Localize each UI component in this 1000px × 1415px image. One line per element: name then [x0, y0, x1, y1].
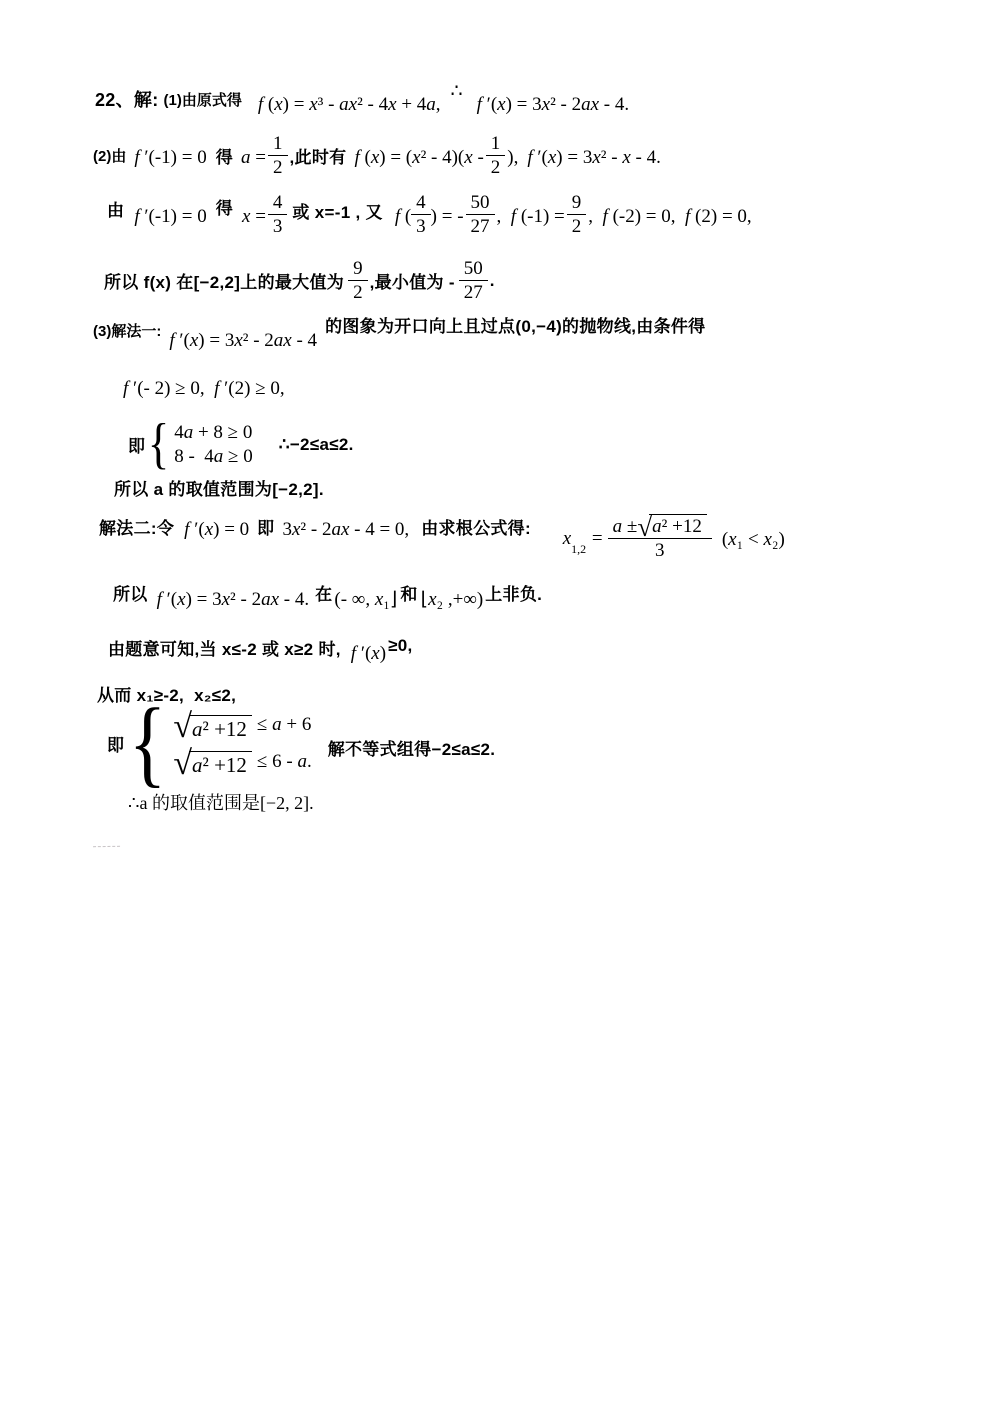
- math-run: ⌊x₂ ,+∞): [421, 588, 484, 611]
- text-run: 所以 f(x) 在[−2,2]上的最大值为: [104, 268, 344, 293]
- text-run: 或 x=-1 , 又: [292, 198, 382, 223]
- fraction-numerator: 1: [268, 133, 288, 156]
- conclusion-run: 解不等式组得−2≤a≤2.: [328, 735, 496, 760]
- math-run: 8 - 4a ≥ 0: [174, 445, 253, 469]
- math-run: , f (-2) = 0, f (2) = 0,: [588, 206, 751, 228]
- math-run: f ′(x) = 3x² - 2ax - 4.: [477, 94, 629, 116]
- fraction: 4 3: [268, 192, 288, 238]
- fraction-numerator: a ± √ a² +12: [608, 514, 712, 539]
- text-run: 由: [107, 196, 124, 221]
- solution-line-6: f ′(- 2) ≥ 0, f ′(2) ≥ 0,: [123, 378, 285, 400]
- system-row: √ a² +12 ≤ 6 - a.: [173, 748, 311, 777]
- scan-smudge-artifact: [93, 841, 120, 847]
- text-run: 上非负.: [485, 580, 542, 605]
- fraction-denominator: 2: [572, 215, 582, 237]
- text-run: 的图象为开口向上且过点(0,−4)的抛物线,由条件得: [325, 312, 705, 337]
- fraction-denominator: 2: [353, 281, 363, 303]
- fraction-denominator: 3: [273, 215, 283, 237]
- inequality-system: √ a² +12 ≤ a + 6 √ a² +12 ≤ 6 - a.: [173, 711, 311, 777]
- math-run: , f (-1) =: [497, 206, 565, 228]
- text-run: 所以: [113, 580, 148, 605]
- radical-symbol: √: [173, 750, 192, 779]
- problem-number: 22、解:: [95, 86, 159, 112]
- radicand: a² +12: [649, 514, 707, 537]
- solution-line-1: 22、解: (1)由原式得 f (x) = x³ - ax² - 4x + 4a…: [95, 86, 629, 112]
- text-run: 即: [128, 432, 145, 457]
- system-brace: {: [129, 702, 167, 785]
- math-run: f (x) = (x² - 4)(x -: [354, 147, 483, 169]
- subscript: 1,2: [571, 542, 586, 556]
- solution-line-14: ∴a 的取值范围是[−2, 2].: [128, 789, 314, 815]
- solution-line-10: 所以 f ′(x) = 3x² - 2ax - 4. 在 (- ∞, x₁⌋ 和…: [113, 585, 542, 610]
- solution-line-2: (2)由 f ′(-1) = 0 得 a = 1 2 ,此时有 f (x) = …: [93, 133, 661, 179]
- math-run: f ′(-1) = 0: [134, 206, 206, 228]
- radicand: a² +12: [189, 751, 252, 776]
- square-root: √ a² +12: [637, 514, 707, 537]
- roots-expression: x1,2 =: [545, 510, 603, 570]
- math-run: f ′(x) = 3x² - x - 4.: [527, 147, 660, 169]
- math-run: f ′(x) = 3x² - 2ax - 4.: [157, 589, 309, 611]
- fraction: 50 27: [459, 258, 488, 304]
- math-run: 3x² - 2ax - 4 = 0,: [282, 519, 409, 541]
- fraction-denominator: 27: [471, 215, 490, 237]
- radicand: a² +12: [189, 715, 252, 740]
- fraction-denominator: 3: [655, 539, 665, 561]
- math-run: 4a + 8 ≥ 0: [174, 421, 252, 445]
- text-run: ,最小值为 -: [370, 268, 455, 293]
- fraction-numerator: 1: [486, 133, 506, 156]
- fraction: 1 2: [268, 133, 288, 179]
- text-run: 即: [257, 514, 274, 539]
- text-run: 在: [315, 580, 332, 605]
- radical-symbol: √: [637, 516, 652, 539]
- text-run: 由题意可知,当 x≤-2 或 x≥2 时,: [108, 635, 341, 660]
- text-run: ,此时有: [290, 143, 347, 168]
- system-brace: {: [148, 421, 170, 469]
- solution-line-13: 即 { √ a² +12 ≤ a + 6 √ a² +12 ≤ 6 - a. 解…: [107, 702, 495, 785]
- math-run: ≤ a + 6: [257, 713, 311, 737]
- math-run: f (x) = x³ - ax² - 4x + 4a,: [258, 94, 441, 116]
- math-run: (- ∞, x₁⌋: [334, 588, 397, 611]
- fraction: a ± √ a² +12 3: [608, 514, 712, 561]
- text-run: 所以 a 的取值范围为[−2,2].: [114, 475, 324, 500]
- therefore-symbol: ∴: [451, 80, 463, 103]
- math-run: ) = -: [431, 206, 464, 228]
- math-run: f ′(-1) = 0: [134, 147, 206, 169]
- conclusion-run: ∴−2≤a≤2.: [279, 435, 354, 455]
- text-run: 由求根公式得:: [421, 514, 531, 539]
- solution-line-8: 所以 a 的取值范围为[−2,2].: [114, 475, 324, 500]
- final-answer: ∴a 的取值范围是[−2, 2].: [128, 789, 314, 815]
- square-root: √ a² +12: [173, 748, 252, 777]
- square-root: √ a² +12: [173, 711, 252, 740]
- math-run: x =: [242, 206, 266, 228]
- fraction-denominator: 3: [416, 215, 426, 237]
- math-run: =: [587, 528, 602, 549]
- text-run: 得: [216, 143, 233, 168]
- solution-line-3: 由 f ′(-1) = 0 得 x = 4 3 或 x=-1 , 又 f ( 4…: [107, 192, 752, 238]
- fraction: 9 2: [348, 258, 368, 304]
- text-run: 解法二:令: [99, 514, 174, 539]
- math-run: a ±: [613, 516, 638, 537]
- part-2-marker: (2)由: [93, 145, 126, 166]
- solution-line-9: 解法二:令 f ′(x) = 0 即 3x² - 2ax - 4 = 0, 由求…: [99, 506, 785, 566]
- text-run: 和: [400, 580, 417, 605]
- text-run: 得: [216, 194, 233, 219]
- fraction-numerator: 9: [348, 258, 368, 281]
- radical-symbol: √: [173, 713, 192, 742]
- fraction: 1 2: [486, 133, 506, 179]
- document-page: { "page": { "background": "#ffffff", "te…: [0, 0, 1000, 1415]
- math-run: f ′(x) = 3x² - 2ax - 4: [169, 330, 317, 352]
- math-run: (x₁ < x₂): [722, 529, 785, 551]
- inequality-system: 4a + 8 ≥ 0 8 - 4a ≥ 0: [174, 421, 253, 469]
- math-run: ),: [507, 147, 518, 169]
- math-run: f ′(x): [351, 643, 386, 665]
- solution-line-4: 所以 f(x) 在[−2,2]上的最大值为 9 2 ,最小值为 - 50 27 …: [104, 258, 495, 304]
- text-run: ≥0,: [388, 636, 412, 656]
- text-run: 即: [107, 731, 124, 756]
- fraction-numerator: 9: [567, 192, 587, 215]
- math-run: f (: [395, 206, 411, 228]
- fraction-numerator: 4: [268, 192, 288, 215]
- fraction: 4 3: [411, 192, 431, 238]
- solution-line-7: 即 { 4a + 8 ≥ 0 8 - 4a ≥ 0 ∴−2≤a≤2.: [128, 421, 354, 469]
- fraction-denominator: 2: [273, 156, 283, 178]
- fraction-denominator: 2: [491, 156, 501, 178]
- solution-line-11: 由题意可知,当 x≤-2 或 x≥2 时, f ′(x) ≥0,: [108, 635, 412, 660]
- fraction-numerator: 4: [411, 192, 431, 215]
- solution-line-5: (3)解法一: f ′(x) = 3x² - 2ax - 4 的图象为开口向上且…: [93, 318, 705, 343]
- math-run: f ′(- 2) ≥ 0, f ′(2) ≥ 0,: [123, 378, 285, 400]
- part-1-marker: (1)由原式得: [164, 89, 242, 110]
- math-run: x: [563, 528, 571, 549]
- text-run: .: [490, 271, 495, 291]
- fraction-denominator: 27: [464, 281, 483, 303]
- fraction: 50 27: [466, 192, 495, 238]
- fraction-numerator: 50: [466, 192, 495, 215]
- math-run: a =: [241, 147, 266, 169]
- fraction-numerator: 50: [459, 258, 488, 281]
- math-run: f ′(x) = 0: [184, 519, 249, 541]
- part-3-marker: (3)解法一:: [93, 320, 161, 341]
- fraction: 9 2: [567, 192, 587, 238]
- system-row: √ a² +12 ≤ a + 6: [173, 711, 311, 740]
- math-run: ≤ 6 - a.: [257, 750, 312, 774]
